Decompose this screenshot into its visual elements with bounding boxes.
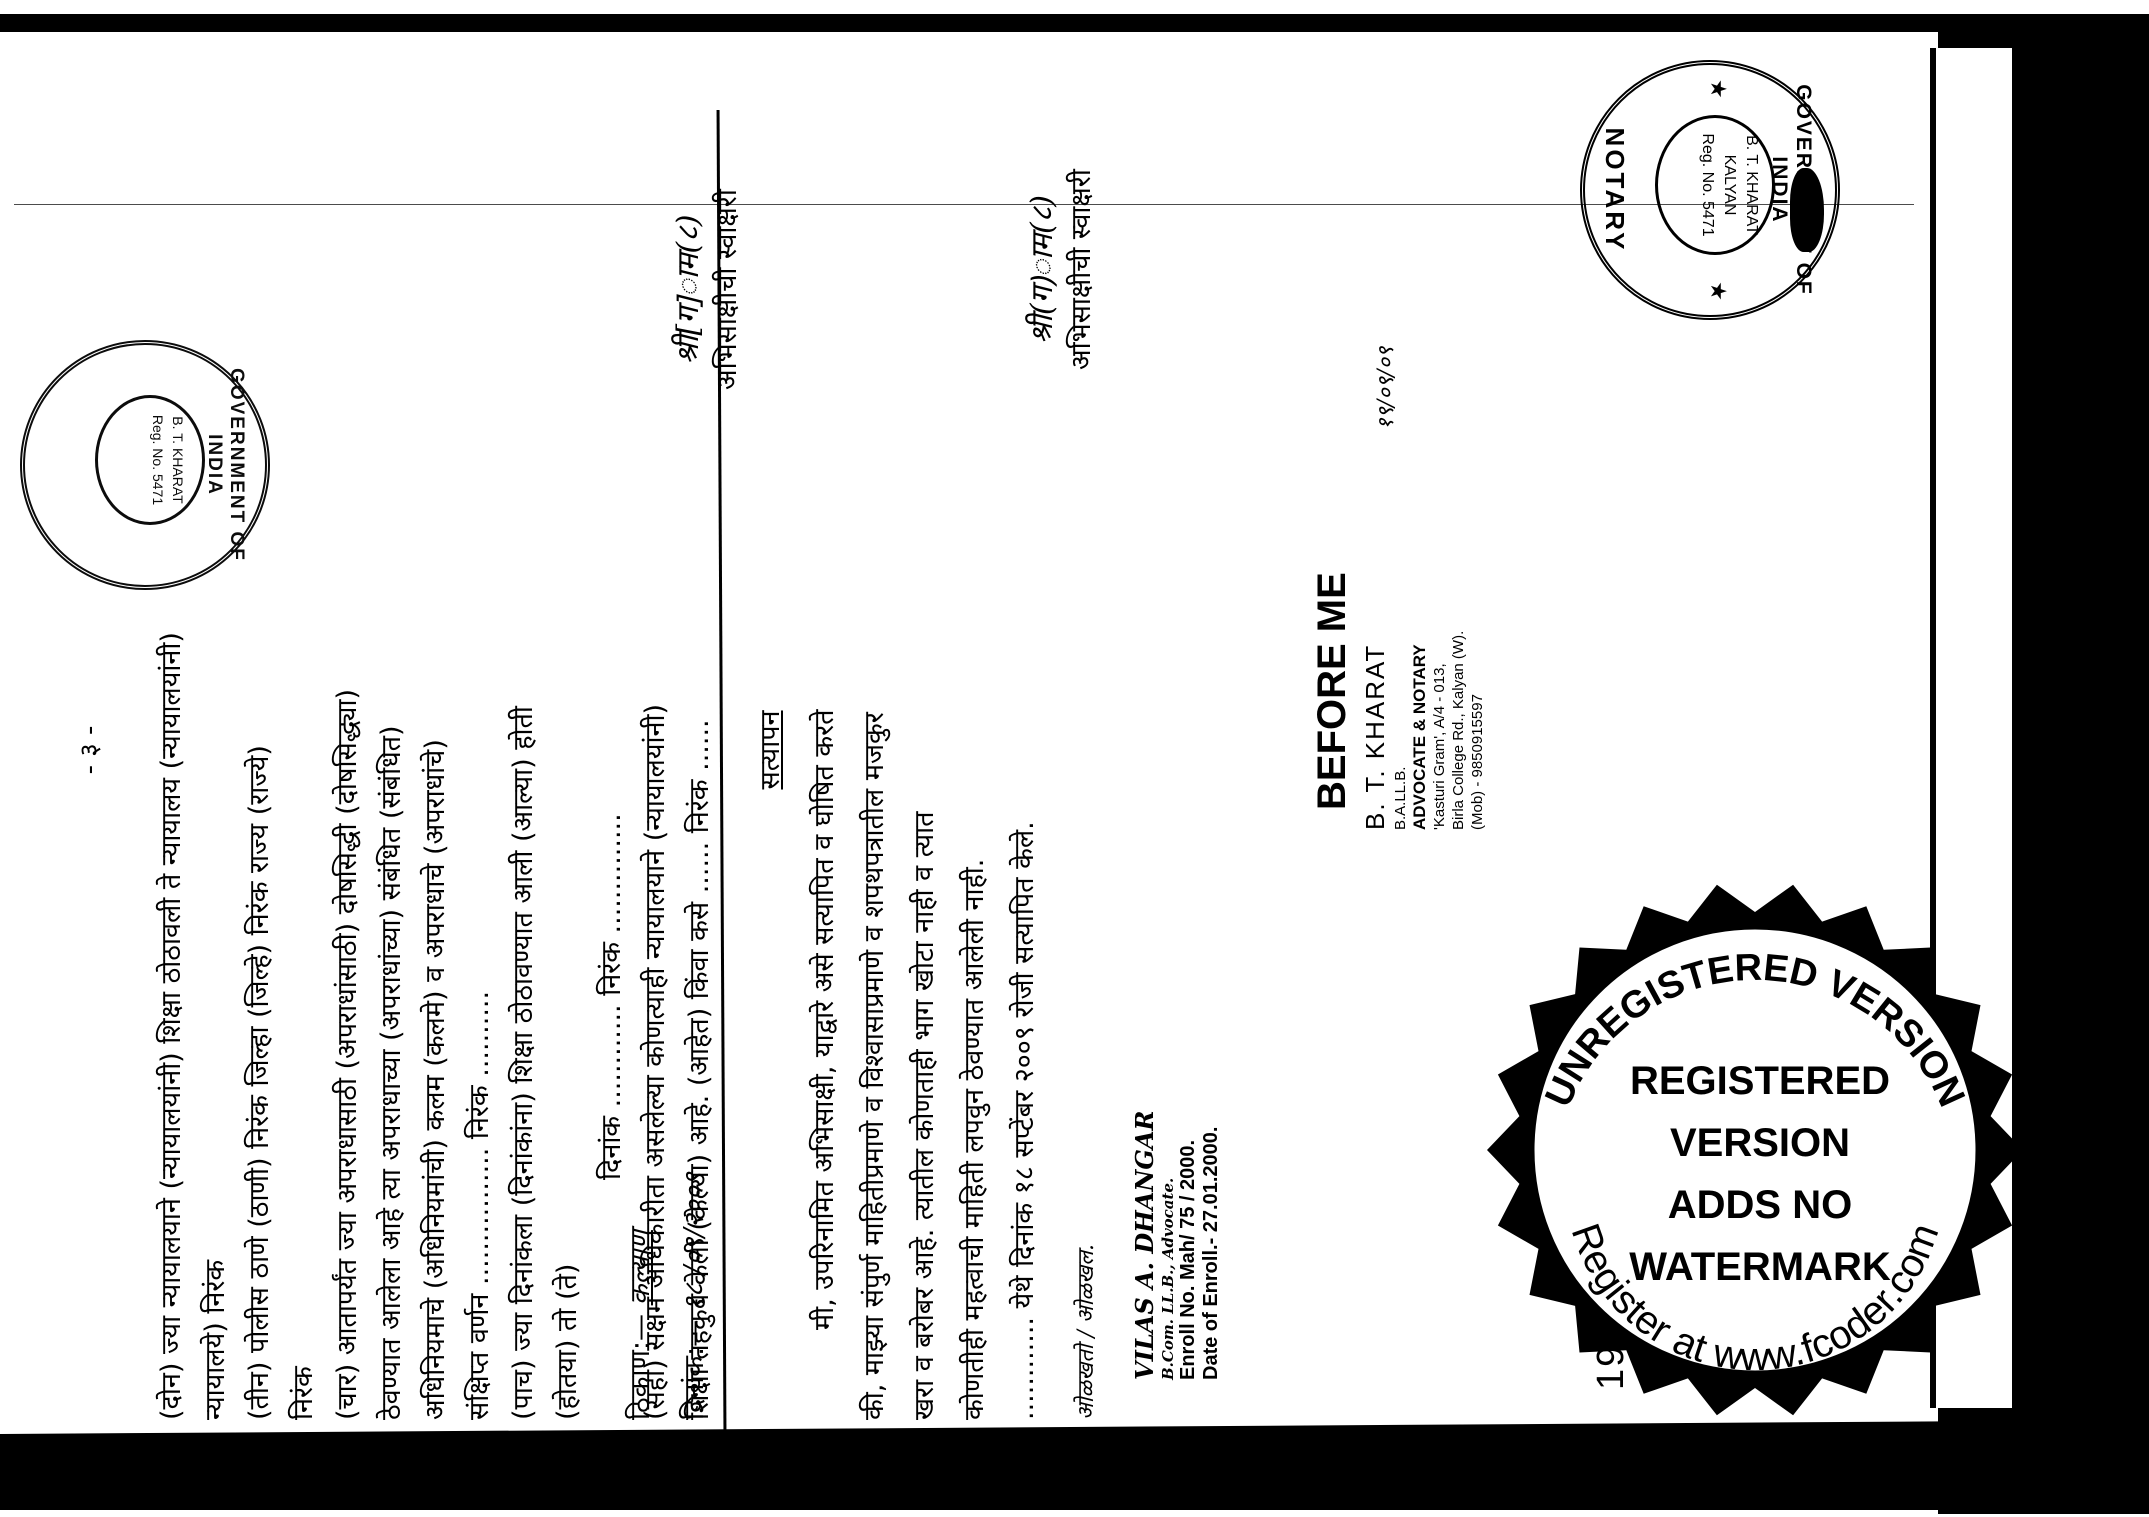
signature-scrawl: श्री[ग]ाम(८)	[666, 189, 707, 390]
identifier-note: ओळखतो / ओळखल.	[1070, 1244, 1100, 1420]
notary-degrees: B.A.LL.B.	[1391, 631, 1410, 830]
seal-name: B. T. KHARAT	[1740, 118, 1762, 252]
verification-line: मी, उपरिनामित अभिसाक्षी, याद्वारे असे सत…	[800, 120, 850, 1420]
advocate-enroll-no: Enroll No. Mah/ 75 / 2000.	[1177, 1111, 1200, 1380]
date-field: दिनांक:— १८ /०९/२००९	[674, 1172, 711, 1420]
notary-address-1: 'Kasturi Gram', A/4 - 013,	[1430, 631, 1449, 830]
notary-name: B. T. KHARAT	[1360, 631, 1391, 830]
notary-address-2: Birla College Rd., Kalyan (W).	[1449, 631, 1468, 830]
seal-place: KALYAN	[1718, 118, 1740, 252]
advocate-stamp: VILAS A. DHANGAR B.Com. LL.B., Advocate.…	[1130, 1111, 1223, 1380]
place-label: ठिकाण:—	[625, 1314, 656, 1420]
body-line: निरंक	[282, 120, 326, 1420]
seal-inner: B. T. KHARAT Reg. No. 5471	[95, 395, 205, 525]
notary-seal-partial: GOVERNMENT OF INDIA B. T. KHARAT Reg. No…	[20, 340, 270, 590]
body-line: (होतया) तो (ते)	[546, 120, 590, 1420]
watermark-center-text: REGISTERED VERSION ADDS NO WATERMARK	[1590, 1050, 1930, 1298]
verification-body: मी, उपरिनामित अभिसाक्षी, याद्वारे असे सत…	[800, 120, 1050, 1420]
watermark-line: REGISTERED	[1590, 1050, 1930, 1112]
verification-signature: श्री(ग)ाम(८) अभिसाक्षीची स्वाक्षरी	[1020, 169, 1098, 370]
scan-border-top-shadow	[0, 26, 1940, 32]
seal-name: B. T. KHARAT	[168, 398, 188, 522]
watermark-line: ADDS NO	[1590, 1174, 1930, 1236]
advocate-qualification: B.Com. LL.B., Advocate.	[1159, 1111, 1177, 1380]
notary-signed-date: १९/०९/०९	[1370, 347, 1400, 430]
page-number: - ३ -	[70, 50, 106, 1450]
verification-line: खरा व बरोबर आहे. त्यातील कोणताही भाग खोट…	[900, 120, 950, 1420]
affidavit-body: (दोन) ज्या न्यायालयाने (न्यायालयांनी) शि…	[150, 120, 722, 1420]
seal-reg: Reg. No. 5471	[148, 398, 168, 522]
notary-seal: GOVERNMENT OF INDIA ★ ★ B. T. KHARAT KAL…	[1580, 60, 1840, 320]
seal-inner: B. T. KHARAT KALYAN Reg. No. 5471	[1655, 115, 1775, 255]
verification-title: सत्यापन	[750, 50, 787, 1450]
scan-border-top	[0, 14, 2149, 26]
seal-reg: Reg. No. 5471	[1696, 118, 1718, 252]
body-line: न्यायालये) निरंक	[194, 120, 238, 1420]
body-line: (तीन) पोलीस ठाणे (ठाणी) निरंक जिल्हा (जि…	[238, 120, 282, 1420]
body-line: संक्षिप्त वर्णन ................ निरंक .…	[458, 120, 502, 1420]
watermark-line: VERSION	[1590, 1112, 1930, 1174]
body-line: अधिनियमाचे (अधिनियमांची) कलम (कलमे) व अप…	[414, 120, 458, 1420]
verification-line: की, माझ्या संपुर्ण माहितीप्रमाणे व विश्व…	[850, 120, 900, 1420]
notary-phone: (Mob) - 9850915597	[1468, 631, 1487, 830]
signature-caption: अभिसाक्षीची स्वाक्षरी	[1061, 169, 1098, 370]
signature-scrawl: श्री(ग)ाम(८)	[1020, 169, 1061, 370]
body-line: (चार) आतापर्यंत ज्या अपराधासाठी (अपराधां…	[326, 120, 370, 1420]
body-line: ठेवण्यात आलेला आहे त्या अपराधाच्या (अपरा…	[370, 120, 414, 1420]
place-field: ठिकाण:— कल्याण	[620, 1230, 657, 1420]
notary-stamp: B. T. KHARAT B.A.LL.B. ADVOCATE & NOTARY…	[1360, 631, 1487, 830]
before-me-heading: BEFORE ME	[1310, 572, 1355, 810]
advocate-enroll-date: Date of Enroll.- 27.01.2000.	[1200, 1111, 1223, 1380]
notary-title: ADVOCATE & NOTARY	[1410, 631, 1430, 830]
body-line: (दोन) ज्या न्यायालयाने (न्यायालयांनी) शि…	[150, 120, 194, 1420]
verification-line: कोणतीही महत्वाची माहिती लपवुन ठेवण्यात आ…	[950, 120, 1000, 1420]
signature-caption: अभिसाक्षीची स्वाक्षरी	[707, 189, 744, 390]
seal-outer-bottom: NOTARY	[1599, 65, 1630, 315]
date-label: दिनांक:—	[679, 1320, 710, 1420]
star-icon: ★	[1705, 79, 1730, 99]
body-line: दिनांक ............ निरंक ..............	[590, 120, 634, 1420]
place-value: कल्याण	[625, 1230, 656, 1305]
date-value: १८ /०९/२००९	[679, 1172, 710, 1311]
identifier-hand: ओळखतो / ओळखल.	[1074, 1244, 1099, 1420]
body-line: (पाच) ज्या दिनांकला (दिनांकांना) शिक्षा …	[502, 120, 546, 1420]
advocate-name: VILAS A. DHANGAR	[1130, 1111, 1159, 1380]
star-icon: ★	[1705, 281, 1730, 301]
deponent-signature: श्री[ग]ाम(८) अभिसाक्षीची स्वाक्षरी	[666, 189, 744, 390]
seal-outer-text: GOVERNMENT OF INDIA	[203, 345, 247, 585]
watermark-line: WATERMARK	[1590, 1236, 1930, 1298]
